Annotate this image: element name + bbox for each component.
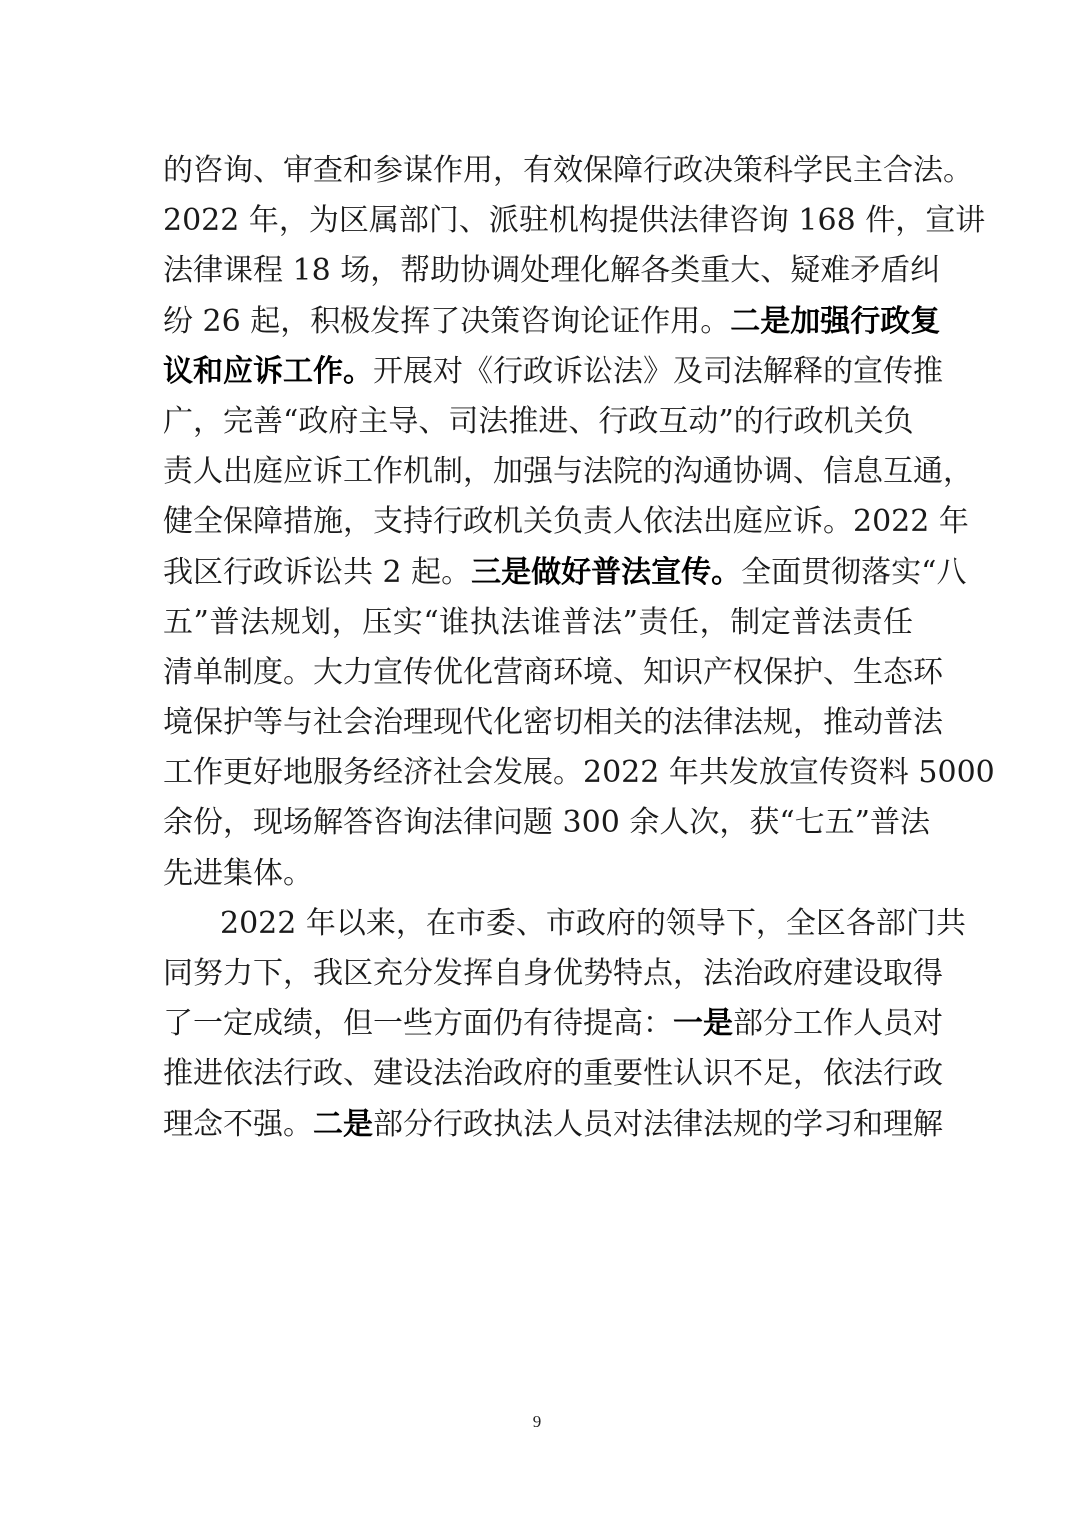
text-line: 广，完善“政府主导、司法推进、行政互动”的行政机关负 — [163, 397, 913, 447]
text-run: 五”普法规划，压实“谁执法谁普法”责任，制定普法责任 — [163, 605, 913, 640]
text-line: 责人出庭应诉工作机制，加强与法院的沟通协调、信息互通， — [163, 447, 913, 497]
text-line: 清单制度。大力宣传优化营商环境、知识产权保护、生态环 — [163, 648, 913, 698]
text-run: 部分工作人员对 — [733, 1006, 943, 1041]
bold-heading-run: 三是做好普法宣传。 — [471, 555, 741, 590]
bold-heading-run: 二是加强行政复 — [730, 304, 940, 339]
text-run: 理念不强。 — [163, 1107, 313, 1142]
text-line: 工作更好地服务经济社会发展。2022 年共发放宣传资料 5000 — [163, 748, 913, 798]
text-line: 我区行政诉讼共 2 起。三是做好普法宣传。全面贯彻落实“八 — [163, 548, 913, 598]
text-run: 推进依法行政、建设法治政府的重要性认识不足，依法行政 — [163, 1056, 943, 1091]
text-line: 的咨询、审查和参谋作用，有效保障行政决策科学民主合法。 — [163, 146, 913, 196]
text-run: 责人出庭应诉工作机制，加强与法院的沟通协调、信息互通， — [163, 454, 973, 489]
text-run: 部分行政执法人员对法律法规的学习和理解 — [373, 1107, 943, 1142]
text-run: 境保护等与社会治理现代化密切相关的法律法规，推动普法 — [163, 705, 943, 740]
text-line: 健全保障措施，支持行政机关负责人依法出庭应诉。2022 年 — [163, 497, 913, 547]
text-line: 先进集体。 — [163, 849, 913, 899]
text-run: 工作更好地服务经济社会发展。2022 年共发放宣传资料 5000 — [163, 755, 995, 790]
text-run: 广，完善“政府主导、司法推进、行政互动”的行政机关负 — [163, 404, 914, 439]
text-run: 清单制度。大力宣传优化营商环境、知识产权保护、生态环 — [163, 655, 943, 690]
text-line: 纷 26 起，积极发挥了决策咨询论证作用。二是加强行政复 — [163, 297, 913, 347]
text-run: 2022 年，为区属部门、派驻机构提供法律咨询 168 件，宣讲 — [163, 203, 985, 238]
text-run: 余份，现场解答咨询法律问题 300 余人次，获“七五”普法 — [163, 805, 930, 840]
text-line: 余份，现场解答咨询法律问题 300 余人次，获“七五”普法 — [163, 798, 913, 848]
text-line: 了一定成绩，但一些方面仍有待提高：一是部分工作人员对 — [163, 999, 913, 1049]
text-run: 纷 26 起，积极发挥了决策咨询论证作用。 — [163, 304, 730, 339]
bold-heading-run: 二是 — [313, 1107, 373, 1142]
text-line: 五”普法规划，压实“谁执法谁普法”责任，制定普法责任 — [163, 598, 913, 648]
text-run: 同努力下，我区充分发挥自身优势特点，法治政府建设取得 — [163, 956, 943, 991]
body-text: 的咨询、审查和参谋作用，有效保障行政决策科学民主合法。2022 年，为区属部门、… — [163, 146, 913, 1150]
text-line: 推进依法行政、建设法治政府的重要性认识不足，依法行政 — [163, 1049, 913, 1099]
text-line: 理念不强。二是部分行政执法人员对法律法规的学习和理解 — [163, 1100, 913, 1150]
bold-heading-run: 议和应诉工作。 — [163, 354, 373, 389]
page-number: 9 — [0, 1412, 1074, 1432]
text-line: 2022 年以来，在市委、市政府的领导下，全区各部门共 — [163, 899, 913, 949]
text-line: 同努力下，我区充分发挥自身优势特点，法治政府建设取得 — [163, 949, 913, 999]
text-run: 2022 年以来，在市委、市政府的领导下，全区各部门共 — [220, 906, 966, 941]
text-run: 了一定成绩，但一些方面仍有待提高： — [163, 1006, 673, 1041]
text-run: 法律课程 18 场，帮助协调处理化解各类重大、疑难矛盾纠 — [163, 253, 940, 288]
text-run: 健全保障措施，支持行政机关负责人依法出庭应诉。2022 年 — [163, 504, 969, 539]
text-line: 境保护等与社会治理现代化密切相关的法律法规，推动普法 — [163, 698, 913, 748]
text-run: 的咨询、审查和参谋作用，有效保障行政决策科学民主合法。 — [163, 153, 973, 188]
bold-heading-run: 一是 — [673, 1006, 733, 1041]
text-run: 先进集体。 — [163, 856, 313, 891]
document-page: 的咨询、审查和参谋作用，有效保障行政决策科学民主合法。2022 年，为区属部门、… — [0, 0, 1074, 1520]
text-line: 2022 年，为区属部门、派驻机构提供法律咨询 168 件，宣讲 — [163, 196, 913, 246]
text-line: 议和应诉工作。开展对《行政诉讼法》及司法解释的宣传推 — [163, 347, 913, 397]
text-line: 法律课程 18 场，帮助协调处理化解各类重大、疑难矛盾纠 — [163, 246, 913, 296]
text-run: 我区行政诉讼共 2 起。 — [163, 555, 471, 590]
text-run: 全面贯彻落实“八 — [741, 555, 966, 590]
text-run: 开展对《行政诉讼法》及司法解释的宣传推 — [373, 354, 943, 389]
